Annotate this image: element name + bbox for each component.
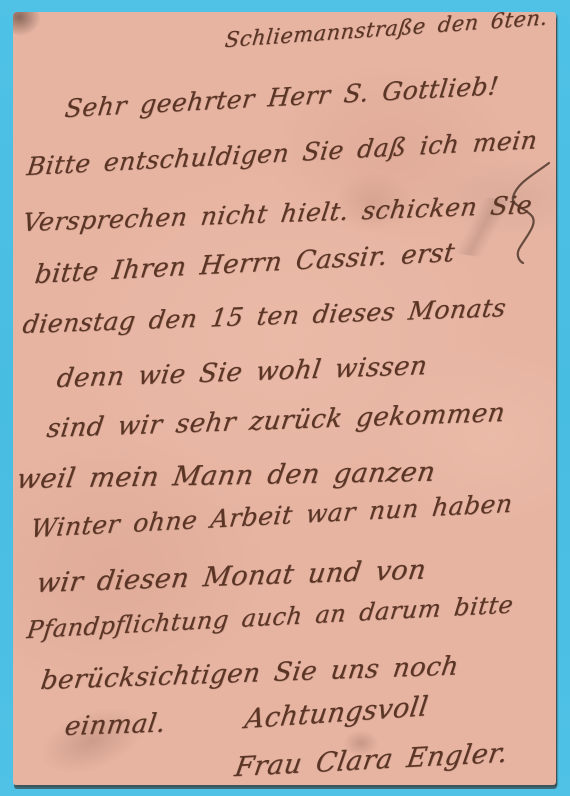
handwriting-dateline: Schliemannstraße den 6ten. <box>224 12 549 52</box>
handwriting-line: Bitte entschuldigen Sie daß ich mein <box>25 125 539 181</box>
handwriting-closing: Achtungsvoll <box>243 691 431 735</box>
handwriting-line: wir diesen Monat und von <box>35 554 428 599</box>
handwriting-line: sind wir sehr zurück gekommen <box>45 398 507 444</box>
handwriting-line: weil mein Mann den ganzen <box>15 457 438 495</box>
handwriting-line: Pfandpflichtung auch an darum bitte <box>25 590 515 644</box>
handwriting-line: berücksichtigen Sie uns noch <box>39 651 461 696</box>
handwriting-line: denn wie Sie wohl wissen <box>55 351 429 394</box>
handwriting-line: einmal. <box>63 708 168 742</box>
handwriting-line: Winter ohne Arbeit war nun haben <box>29 489 514 543</box>
postcard-scan: Schliemannstraße den 6ten. Sehr geehrter… <box>0 0 570 796</box>
postcard: Schliemannstraße den 6ten. Sehr geehrter… <box>13 12 556 785</box>
handwriting-salutation: Sehr geehrter Herr S. Gottlieb! <box>63 71 500 123</box>
handwriting-line: bitte Ihren Herrn Cassir. erst <box>33 238 457 290</box>
corner-smudge-stain <box>13 12 43 38</box>
handwriting-signature: Frau Clara Engler. <box>233 738 511 784</box>
handwriting-line: dienstag den 15 ten dieses Monats <box>21 293 508 339</box>
